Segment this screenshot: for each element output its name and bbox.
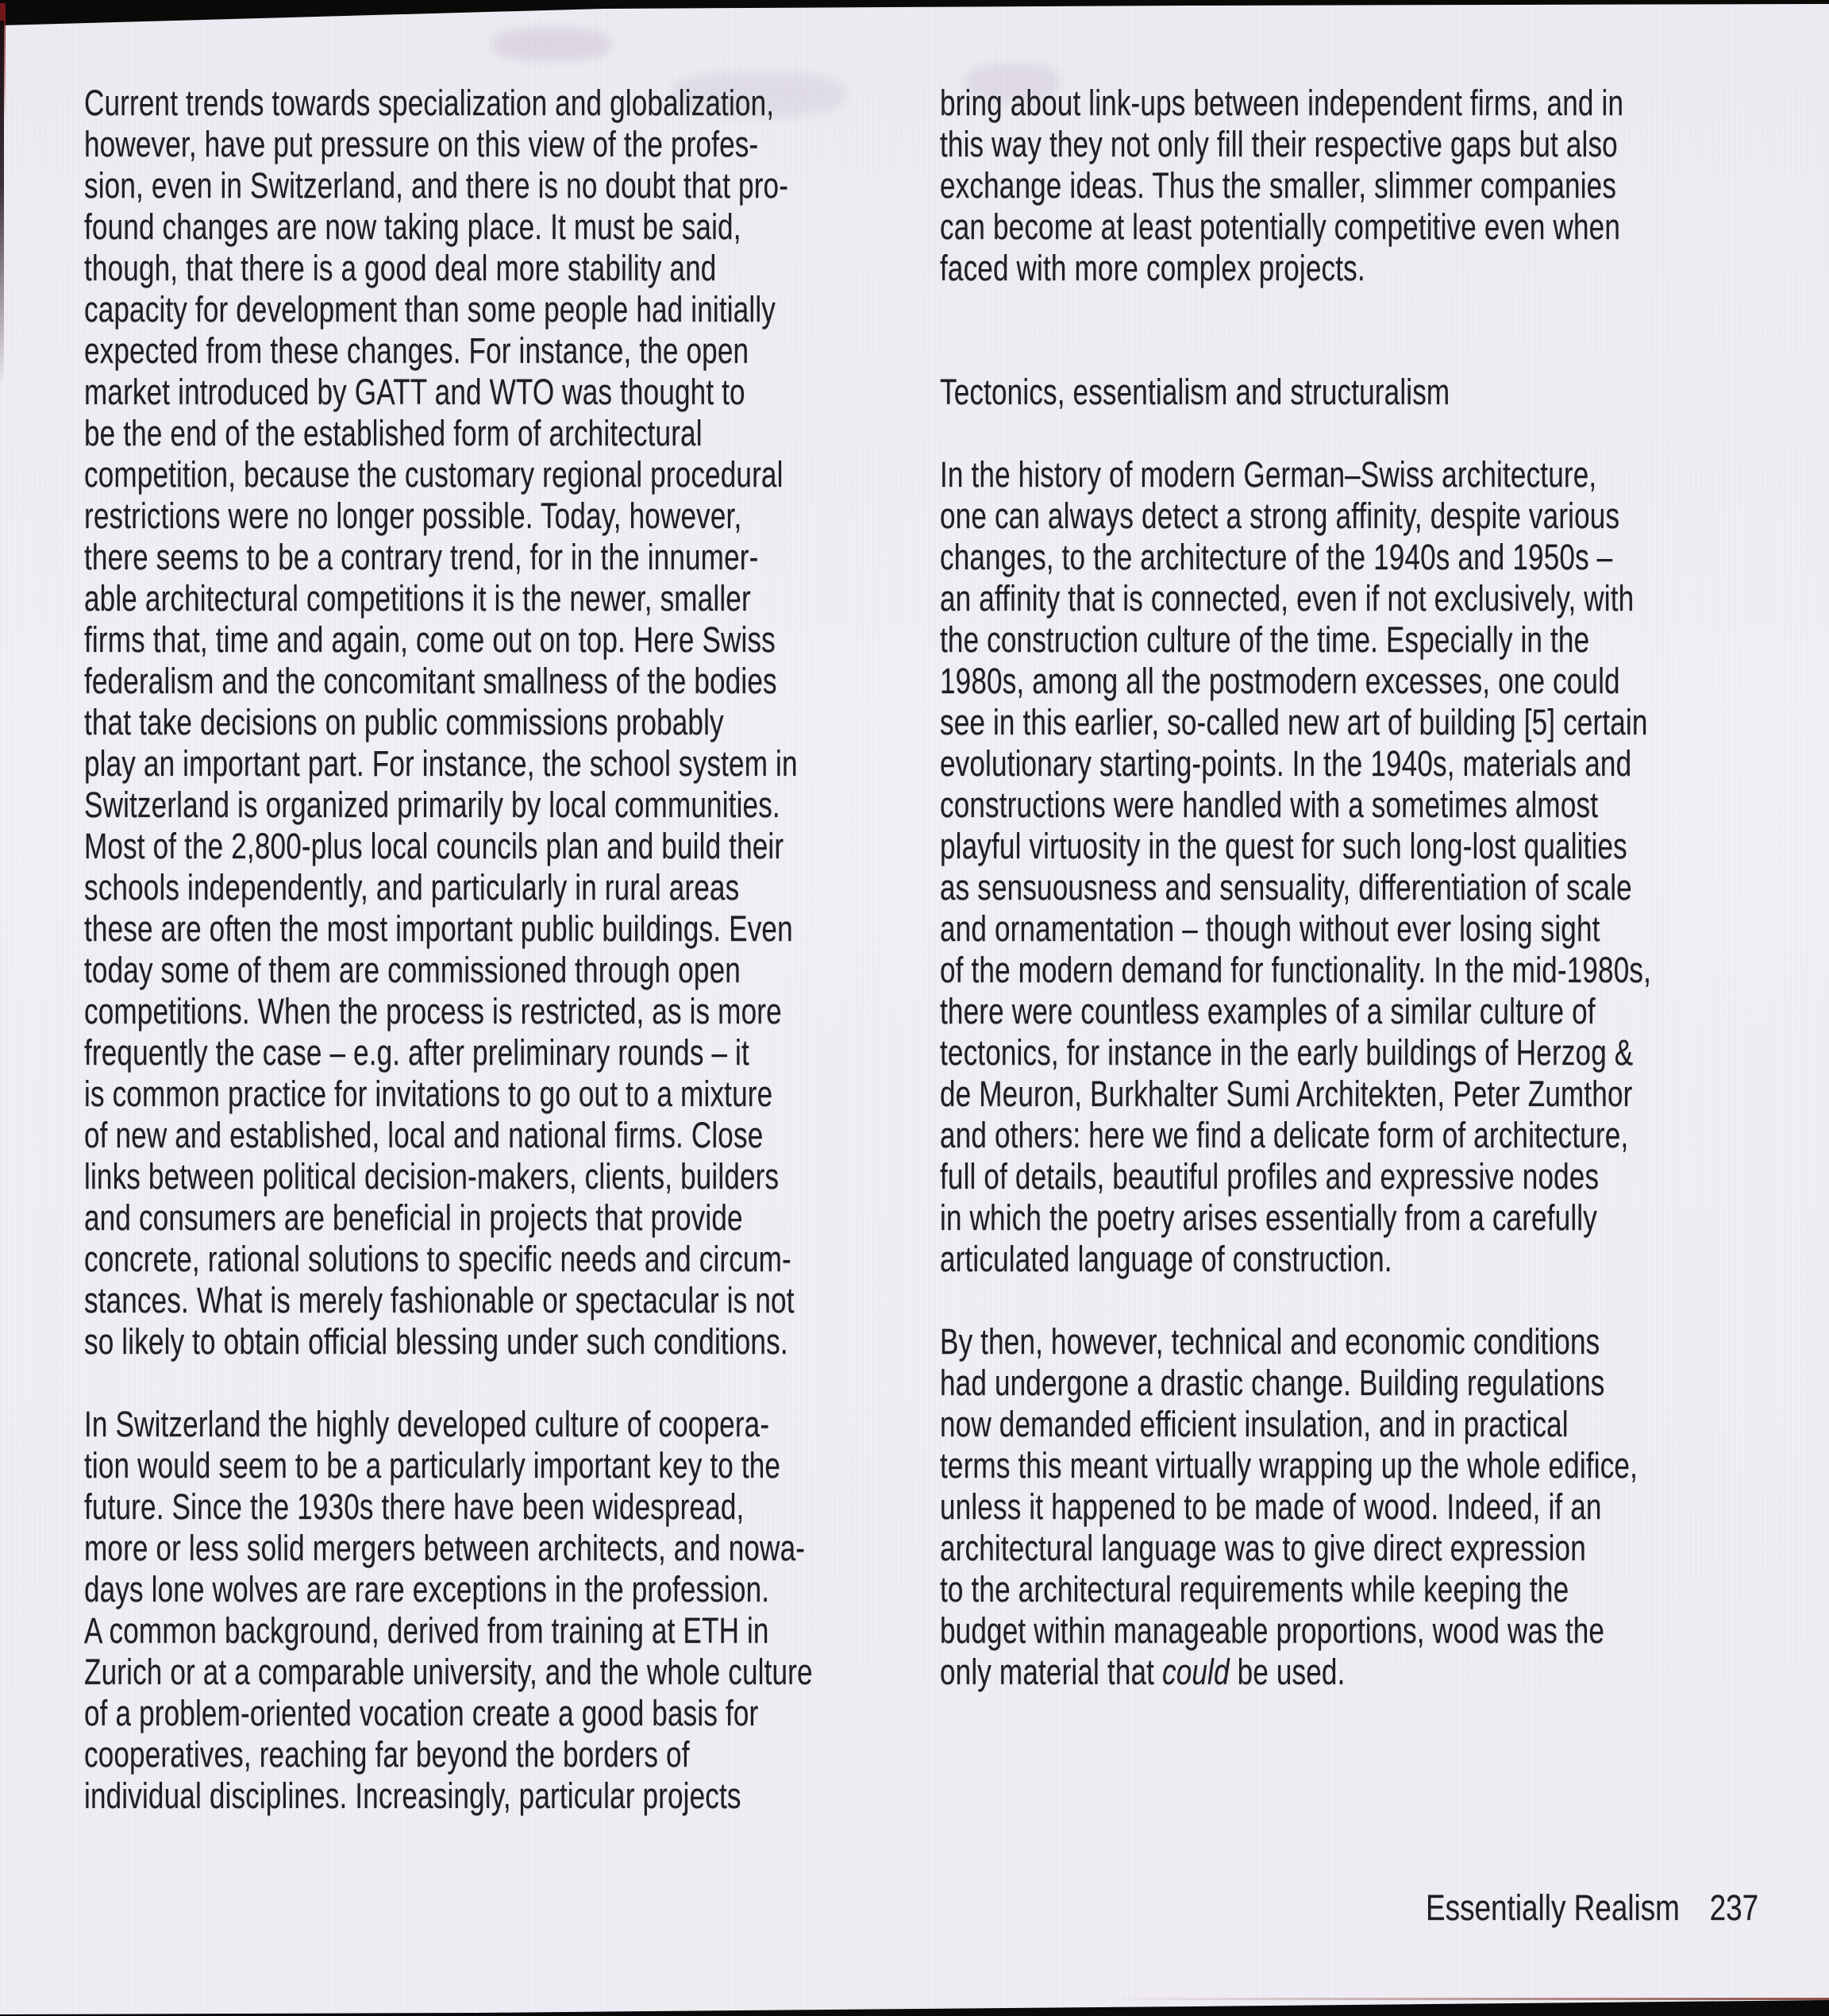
text-line: Tectonics, essentialism and structuralis… bbox=[940, 372, 1584, 413]
text-line: in which the poetry arises essentially f… bbox=[940, 1197, 1584, 1239]
footer-chapter-title: Essentially Realism bbox=[1426, 1887, 1680, 1929]
text-line: Current trends towards specialization an… bbox=[84, 83, 728, 124]
text-line: be the end of the established form of ar… bbox=[84, 413, 728, 454]
page-number: 237 bbox=[1709, 1887, 1758, 1929]
text-line: see in this earlier, so-called new art o… bbox=[940, 702, 1584, 743]
text-line: the construction culture of the time. Es… bbox=[940, 619, 1584, 661]
text-line: sion, even in Switzerland, and there is … bbox=[84, 165, 728, 206]
text-line: these are often the most important publi… bbox=[84, 908, 728, 950]
text-line: though, that there is a good deal more s… bbox=[84, 248, 728, 289]
text-line: expected from these changes. For instanc… bbox=[84, 330, 728, 372]
text-line: articulated language of construction. bbox=[940, 1239, 1584, 1280]
text-line: and consumers are beneficial in projects… bbox=[84, 1197, 728, 1239]
text-line: as sensuousness and sensuality, differen… bbox=[940, 867, 1584, 908]
text-line: cooperatives, reaching far beyond the bo… bbox=[84, 1734, 728, 1775]
text-line: tion would seem to be a particularly imp… bbox=[84, 1445, 728, 1486]
text-line: faced with more complex projects. bbox=[940, 248, 1584, 289]
text-line: one can always detect a strong affinity,… bbox=[940, 495, 1584, 537]
text-line: By then, however, technical and economic… bbox=[940, 1321, 1584, 1363]
text-line: is common practice for invitations to go… bbox=[84, 1074, 728, 1115]
text-line: able architectural competitions it is th… bbox=[84, 578, 728, 619]
text-line: constructions were handled with a someti… bbox=[940, 784, 1584, 826]
text-line: to the architectural requirements while … bbox=[940, 1569, 1584, 1610]
text-line: that take decisions on public commission… bbox=[84, 702, 728, 743]
text-line: A common background, derived from traini… bbox=[84, 1610, 728, 1652]
text-line: future. Since the 1930s there have been … bbox=[84, 1486, 728, 1528]
text-line: concrete, rational solutions to specific… bbox=[84, 1239, 728, 1280]
text-line: capacity for development than some peopl… bbox=[84, 289, 728, 330]
scan-artifact-bottom-red-line bbox=[1111, 1998, 1829, 2000]
book-page-scan: Current trends towards specialization an… bbox=[0, 0, 1829, 2016]
text-line: restrictions were no longer possible. To… bbox=[84, 495, 728, 537]
section-heading: Tectonics, essentialism and structuralis… bbox=[940, 372, 1765, 413]
text-line: competitions. When the process is restri… bbox=[84, 991, 728, 1032]
text-line: had undergone a drastic change. Building… bbox=[940, 1363, 1584, 1404]
text-line: unless it happened to be made of wood. I… bbox=[940, 1486, 1584, 1528]
paragraph: In the history of modern German–Swiss ar… bbox=[940, 454, 1765, 1280]
text-line: changes, to the architecture of the 1940… bbox=[940, 537, 1584, 578]
text-line: and ornamentation – though without ever … bbox=[940, 908, 1584, 950]
paragraph: bring about link-ups between independent… bbox=[940, 83, 1765, 289]
paragraph: Current trends towards specialization an… bbox=[84, 83, 910, 1363]
text-line: there were countless examples of a simil… bbox=[940, 991, 1584, 1032]
text-line: there seems to be a contrary trend, for … bbox=[84, 537, 728, 578]
text-line: market introduced by GATT and WTO was th… bbox=[84, 372, 728, 413]
text-line: stances. What is merely fashionable or s… bbox=[84, 1280, 728, 1321]
text-line: found changes are now taking place. It m… bbox=[84, 206, 728, 248]
text-line: exchange ideas. Thus the smaller, slimme… bbox=[940, 165, 1584, 206]
paragraph: In Switzerland the highly developed cult… bbox=[84, 1404, 910, 1817]
text-line: of a problem-oriented vocation create a … bbox=[84, 1693, 728, 1734]
text-line: frequently the case – e.g. after prelimi… bbox=[84, 1032, 728, 1074]
text-line: more or less solid mergers between archi… bbox=[84, 1528, 728, 1569]
text-line: bring about link-ups between independent… bbox=[940, 83, 1584, 124]
paragraph: By then, however, technical and economic… bbox=[940, 1321, 1765, 1693]
text-line: full of details, beautiful profiles and … bbox=[940, 1156, 1584, 1197]
text-line: tectonics, for instance in the early bui… bbox=[940, 1032, 1584, 1074]
text-line: In Switzerland the highly developed cult… bbox=[84, 1404, 728, 1445]
text-line: schools independently, and particularly … bbox=[84, 867, 728, 908]
text-line: of the modern demand for functionality. … bbox=[940, 950, 1584, 991]
text-line: however, have put pressure on this view … bbox=[84, 124, 728, 165]
text-line: architectural language was to give direc… bbox=[940, 1528, 1584, 1569]
text-line: play an important part. For instance, th… bbox=[84, 743, 728, 784]
text-line: Zurich or at a comparable university, an… bbox=[84, 1652, 728, 1693]
text-line: only material that could be used. bbox=[940, 1652, 1584, 1693]
text-line: evolutionary starting-points. In the 194… bbox=[940, 743, 1584, 784]
text-line: Most of the 2,800-plus local councils pl… bbox=[84, 826, 728, 867]
text-line: firms that, time and again, come out on … bbox=[84, 619, 728, 661]
scan-artifact-top-edge bbox=[0, 0, 1829, 29]
text-line: individual disciplines. Increasingly, pa… bbox=[84, 1775, 728, 1817]
scan-bleedthrough-smudge bbox=[492, 28, 611, 61]
text-line: can become at least potentially competit… bbox=[940, 206, 1584, 248]
text-line: this way they not only fill their respec… bbox=[940, 124, 1584, 165]
text-line: of new and established, local and nation… bbox=[84, 1115, 728, 1156]
text-line: now demanded efficient insulation, and i… bbox=[940, 1404, 1584, 1445]
text-line: playful virtuosity in the quest for such… bbox=[940, 826, 1584, 867]
scan-artifact-left-edge bbox=[0, 21, 4, 386]
text-line: de Meuron, Burkhalter Sumi Architekten, … bbox=[940, 1074, 1584, 1115]
text-line: an affinity that is connected, even if n… bbox=[940, 578, 1584, 619]
left-text-column: Current trends towards specialization an… bbox=[84, 83, 910, 1817]
text-line: terms this meant virtually wrapping up t… bbox=[940, 1445, 1584, 1486]
text-line: today some of them are commissioned thro… bbox=[84, 950, 728, 991]
text-line: federalism and the concomitant smallness… bbox=[84, 661, 728, 702]
text-line: and others: here we find a delicate form… bbox=[940, 1115, 1584, 1156]
text-line: links between political decision-makers,… bbox=[84, 1156, 728, 1197]
text-line: Switzerland is organized primarily by lo… bbox=[84, 784, 728, 826]
text-line: 1980s, among all the postmodern excesses… bbox=[940, 661, 1584, 702]
text-line: days lone wolves are rare exceptions in … bbox=[84, 1569, 728, 1610]
text-line: budget within manageable proportions, wo… bbox=[940, 1610, 1584, 1652]
running-footer: Essentially Realism 237 bbox=[1426, 1887, 1758, 1929]
text-line: In the history of modern German–Swiss ar… bbox=[940, 454, 1584, 495]
right-text-column: bring about link-ups between independent… bbox=[940, 83, 1765, 1693]
text-line: so likely to obtain official blessing un… bbox=[84, 1321, 728, 1363]
text-line: competition, because the customary regio… bbox=[84, 454, 728, 495]
